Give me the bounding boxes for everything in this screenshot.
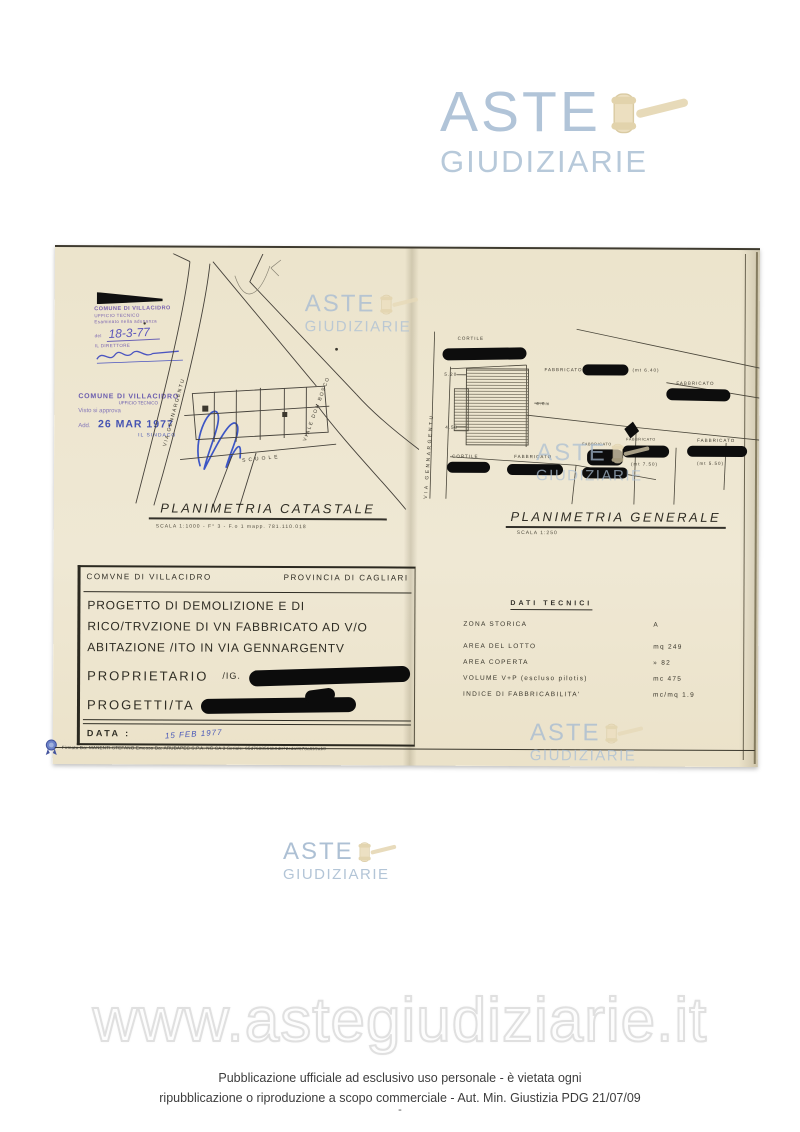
row-value: » 82 bbox=[653, 659, 715, 666]
redaction-bar bbox=[442, 347, 526, 360]
watermark-text-aste: ASTE bbox=[536, 441, 607, 465]
project-description-line: RICO/TRVZIONE DI VN FABBRICATO AD V/O bbox=[87, 619, 367, 634]
gavel-icon bbox=[605, 88, 693, 144]
watermark-text-aste: ASTE bbox=[530, 721, 601, 745]
row-value: mc/mq 1.9 bbox=[653, 691, 715, 698]
date-stamp-value: 15 FEB 1977 bbox=[164, 727, 222, 740]
watermark-text-giudiziarie: GIUDIZIARIE bbox=[536, 468, 652, 484]
gavel-icon bbox=[601, 721, 645, 748]
redaction-bar bbox=[447, 462, 490, 473]
table-row: AREA DEL LOTTO mq 249 bbox=[463, 641, 715, 652]
gavel-icon bbox=[608, 441, 652, 468]
row-label: AREA DEL LOTTO bbox=[463, 642, 536, 649]
table-row: AREA COPERTA » 82 bbox=[463, 657, 715, 668]
aste-giudiziarie-logo: ASTE GIUDIZIARIE bbox=[440, 84, 693, 177]
watermark-text-giudiziarie: GIUDIZIARIE bbox=[530, 748, 646, 764]
watermark-text-aste: ASTE bbox=[283, 840, 354, 864]
page: ASTE GIUDIZIARIE COMUNE DI VILLACIDRO UF… bbox=[0, 0, 800, 1132]
owner-label: PROPRIETARIO bbox=[87, 668, 208, 684]
plan-label-cortile: CORTILE bbox=[452, 454, 478, 459]
row-value: mc 475 bbox=[653, 675, 715, 682]
aste-watermark: ASTE GIUDIZIARIE bbox=[283, 840, 399, 882]
redaction-bar bbox=[249, 666, 411, 687]
plan-dim: 4.50 bbox=[445, 425, 458, 430]
project-description-line: PROGETTO DI DEMOLIZIONE E DI bbox=[87, 598, 305, 613]
row-label: AREA COPERTA bbox=[463, 658, 529, 665]
plan-dim: 5.20 bbox=[444, 372, 457, 377]
table-row: VOLUME V+P (escluso pilotis) mc 475 bbox=[463, 673, 715, 684]
aste-watermark: ASTE GIUDIZIARIE bbox=[305, 292, 421, 335]
dati-tecnici-table: ZONA STORICA A AREA DEL LOTTO mq 249 ARE… bbox=[463, 619, 715, 706]
plan-dim: (mt 5.50) bbox=[697, 461, 724, 466]
plan-dim: 4.0m bbox=[536, 401, 550, 406]
table-row: ZONA STORICA A bbox=[463, 619, 715, 630]
row-label: INDICE DI FABBRICABILITA' bbox=[463, 690, 580, 698]
page-number-mark: - bbox=[0, 1104, 800, 1116]
watermark-text-giudiziarie: GIUDIZIARIE bbox=[283, 867, 399, 882]
plan-dim: (mt 6.40) bbox=[632, 368, 659, 373]
redaction-bar bbox=[582, 364, 628, 375]
divider-line bbox=[83, 591, 411, 593]
title-planimetria-catastale: PLANIMETRIA CATASTALE bbox=[149, 500, 387, 520]
gavel-icon bbox=[355, 840, 399, 867]
subtitle-scala-generale: SCALA 1:250 bbox=[517, 530, 558, 536]
row-value: A bbox=[653, 621, 715, 628]
provincia-label: PROVINCIA DI CAGLIARI bbox=[284, 573, 409, 583]
site-url-watermark: www.astegiudiziarie.it bbox=[0, 985, 800, 1056]
subtitle-scala-catastale: SCALA 1:1000 - F° 3 - F.o 1 mapp. 781.11… bbox=[156, 523, 307, 530]
comune-label: COMVNE DI VILLACIDRO bbox=[87, 572, 212, 582]
aste-watermark: ASTE GIUDIZIARIE bbox=[536, 441, 652, 484]
row-label: VOLUME V+P (escluso pilotis) bbox=[463, 674, 588, 682]
plan-label-fabbricato: FABBRICATO bbox=[544, 367, 582, 372]
table-row: INDICE DI FABBRICABILITA' mc/mq 1.9 bbox=[463, 689, 715, 700]
plan-label-cortile: CORTILE bbox=[458, 336, 484, 341]
project-title-block: COMVNE DI VILLACIDRO PROVINCIA DI CAGLIA… bbox=[77, 565, 416, 746]
dati-tecnici-heading: DATI TECNICI bbox=[510, 600, 592, 610]
redaction-bar bbox=[666, 388, 730, 401]
watermark-text-giudiziarie: GIUDIZIARIE bbox=[305, 319, 421, 335]
date-label: DATA : bbox=[87, 728, 131, 738]
logo-text-giudiziarie: GIUDIZIARIE bbox=[440, 146, 693, 177]
gavel-icon bbox=[376, 292, 420, 319]
row-value: mq 249 bbox=[653, 643, 715, 650]
project-description-line: ABITAZIONE /ITO IN VIA GENNARGENTV bbox=[87, 640, 345, 655]
row-label: ZONA STORICA bbox=[463, 620, 527, 627]
logo-text-aste: ASTE bbox=[440, 84, 601, 141]
redaction-bar bbox=[687, 446, 747, 457]
plan-label-fabbricato: FABBRICATO bbox=[697, 438, 735, 443]
watermark-text-aste: ASTE bbox=[305, 292, 376, 316]
plan-label-fabbricato: FABBRICATO bbox=[676, 381, 714, 386]
scanned-document: COMUNE DI VILLACIDRO UFFICIO TECNICO Esa… bbox=[53, 245, 760, 767]
designer-label: PROGETTI/TA bbox=[87, 697, 195, 712]
owner-sig-prefix: /IG. bbox=[222, 671, 241, 681]
footer-disclaimer: Pubblicazione ufficiale ad esclusivo uso… bbox=[0, 1068, 800, 1108]
aste-watermark: ASTE GIUDIZIARIE bbox=[530, 721, 646, 764]
title-planimetria-generale: PLANIMETRIA GENERALE bbox=[506, 509, 726, 529]
footer-line-1: Pubblicazione ufficiale ad esclusivo uso… bbox=[0, 1068, 800, 1088]
